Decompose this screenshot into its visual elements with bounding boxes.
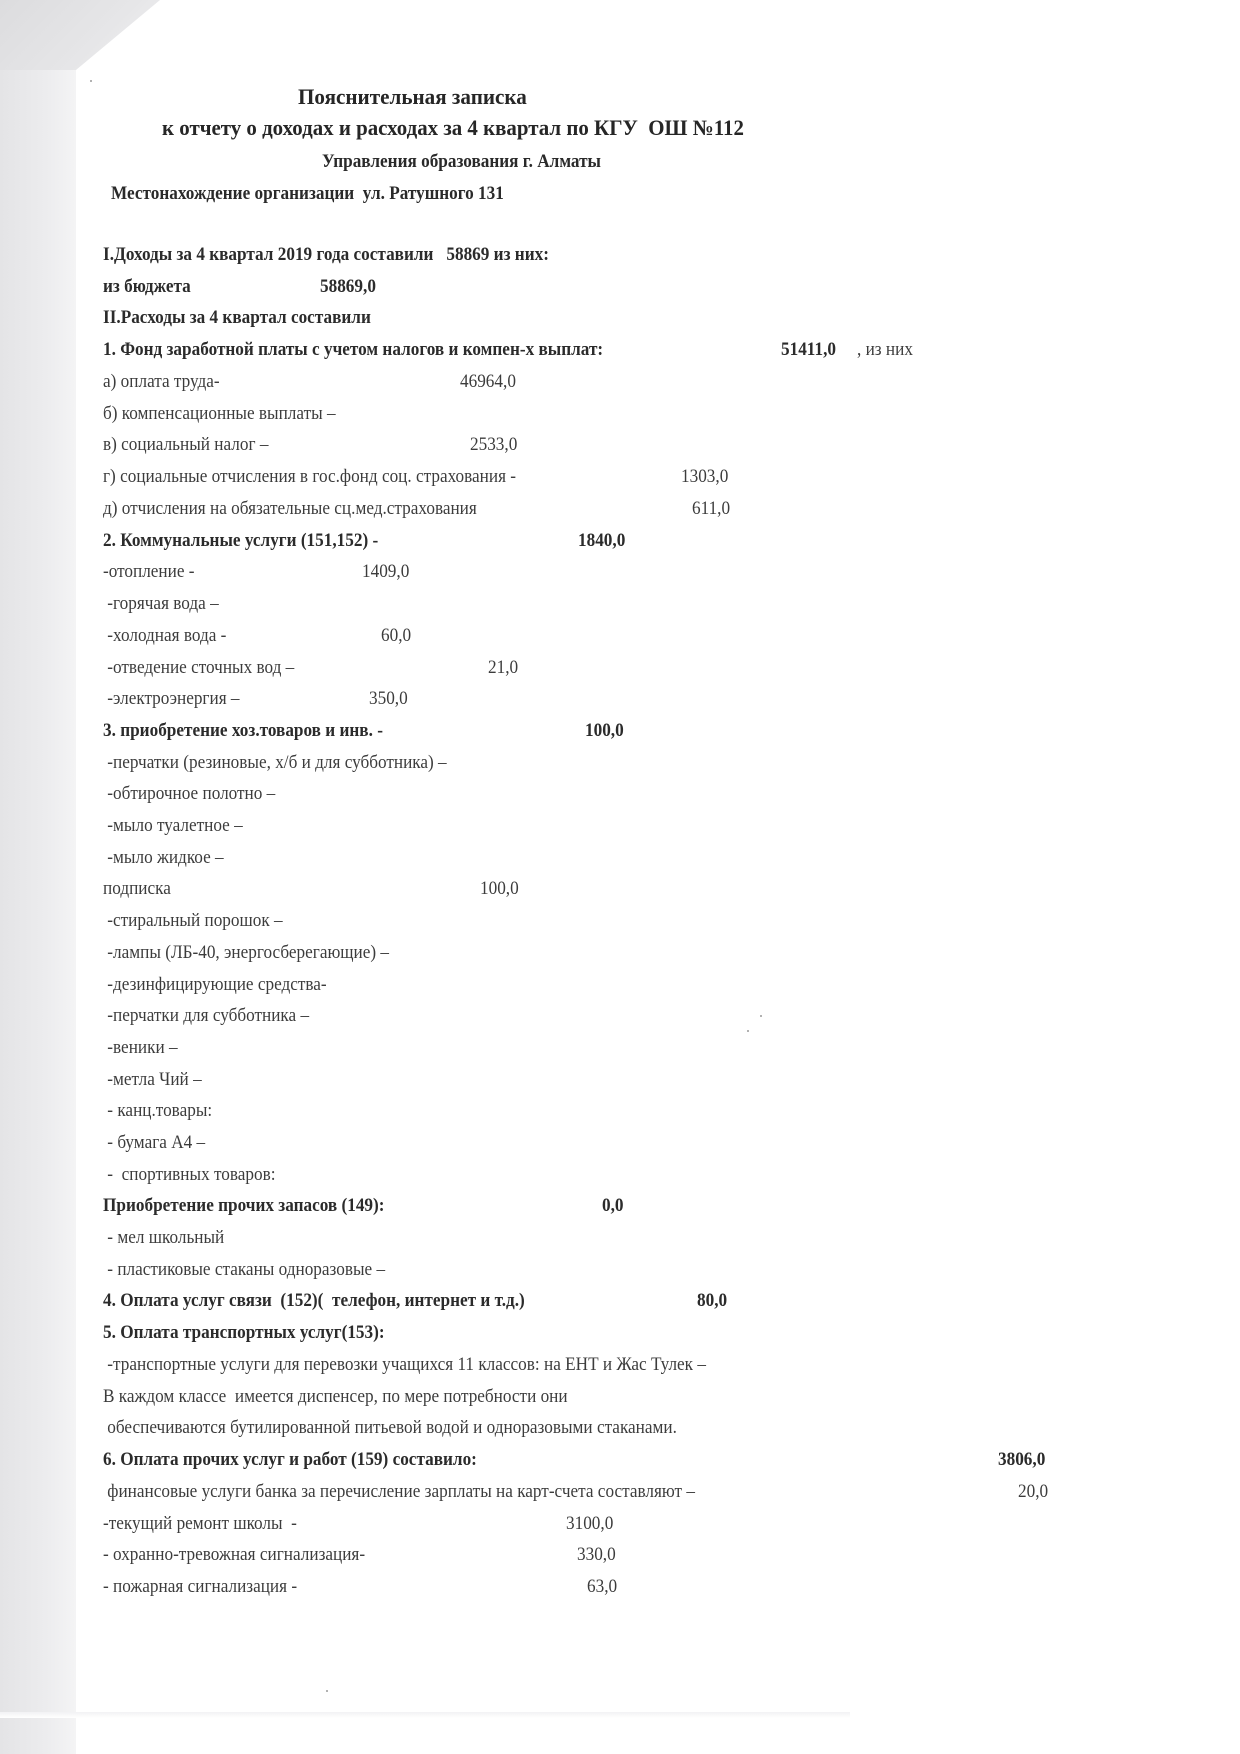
- other-services-item-label: -текущий ремонт школы -: [103, 1513, 297, 1535]
- document-subtitle: к отчету о доходах и расходах за 4 кварт…: [162, 117, 744, 139]
- income-budget-label: из бюджета: [103, 276, 191, 298]
- payroll-item-value: 1303,0: [681, 466, 728, 488]
- transport-label: 5. Оплата транспортных услуг(153):: [103, 1322, 385, 1344]
- payroll-item-label: б) компенсационные выплаты –: [103, 403, 336, 425]
- scan-speck: [747, 1030, 749, 1032]
- supplies-value: 100,0: [585, 720, 624, 742]
- utilities-item-value: 60,0: [381, 625, 411, 647]
- payroll-item-value: 2533,0: [470, 434, 517, 456]
- supplies-item-label: подписка: [103, 878, 171, 900]
- supplies-item-label: -обтирочное полотно –: [103, 783, 275, 805]
- payroll-label: 1. Фонд заработной платы с учетом налого…: [103, 339, 603, 361]
- other-services-item-label: - пожарная сигнализация -: [103, 1576, 297, 1598]
- supplies-item-label: -мыло туалетное –: [103, 815, 243, 837]
- supplies-item-label: -стиральный порошок –: [103, 910, 283, 932]
- other-services-label: 6. Оплата прочих услуг и работ (159) сос…: [103, 1449, 477, 1471]
- payroll-item-value: 611,0: [692, 498, 730, 520]
- expenses-heading: II.Расходы за 4 квартал составили: [103, 307, 371, 329]
- supplies-item-label: - спортивных товаров:: [103, 1164, 276, 1186]
- utilities-label: 2. Коммунальные услуги (151,152) -: [103, 530, 378, 552]
- other-stock-item-label: - мел школьный: [103, 1227, 224, 1249]
- supplies-item-label: -перчатки для субботника –: [103, 1005, 309, 1027]
- document-title: Пояснительная записка: [298, 86, 527, 108]
- transport-line: В каждом классе имеется диспенсер, по ме…: [103, 1386, 568, 1408]
- document-page: Пояснительная записка к отчету о доходах…: [0, 0, 1240, 1754]
- other-services-item-value: 3100,0: [566, 1513, 613, 1535]
- scan-speck: [90, 80, 92, 82]
- other-services-item-value: 20,0: [1018, 1481, 1048, 1503]
- supplies-item-label: -дезинфицирующие средства-: [103, 974, 327, 996]
- scan-speck: [760, 1015, 762, 1017]
- payroll-item-label: г) социальные отчисления в гос.фонд соц.…: [103, 466, 516, 488]
- supplies-item-label: - канц.товары:: [103, 1100, 212, 1122]
- income-budget-value: 58869,0: [320, 276, 376, 298]
- scan-speck: [326, 1690, 328, 1692]
- payroll-value: 51411,0: [781, 339, 836, 361]
- other-services-item-label: - охранно-тревожная сигнализация-: [103, 1544, 365, 1566]
- payroll-suffix: , из них: [857, 339, 913, 361]
- organization-location: Местонахождение организации ул. Ратушног…: [111, 183, 504, 205]
- supplies-item-label: -лампы (ЛБ-40, энергосберегающие) –: [103, 942, 389, 964]
- utilities-item-value: 1409,0: [362, 561, 409, 583]
- payroll-item-label: в) социальный налог –: [103, 434, 268, 456]
- other-services-item-value: 330,0: [577, 1544, 616, 1566]
- utilities-item-label: -горячая вода –: [103, 593, 219, 615]
- communications-value: 80,0: [697, 1290, 727, 1312]
- utilities-item-label: -электроэнергия –: [103, 688, 240, 710]
- other-stock-value: 0,0: [602, 1195, 624, 1217]
- payroll-item-label: а) оплата труда-: [103, 371, 220, 393]
- supplies-item-label: -мыло жидкое –: [103, 847, 224, 869]
- supplies-item-label: - бумага А4 –: [103, 1132, 205, 1154]
- communications-label: 4. Оплата услуг связи (152)( телефон, ин…: [103, 1290, 525, 1312]
- other-stock-item-label: - пластиковые стаканы одноразовые –: [103, 1259, 385, 1281]
- other-services-item-label: финансовые услуги банка за перечисление …: [103, 1481, 695, 1503]
- other-stock-label: Приобретение прочих запасов (149):: [103, 1195, 384, 1217]
- payroll-item-value: 46964,0: [460, 371, 516, 393]
- transport-line: -транспортные услуги для перевозки учащи…: [103, 1354, 706, 1376]
- supplies-item-label: -перчатки (резиновые, х/б и для субботни…: [103, 752, 447, 774]
- transport-line: обеспечиваются бутилированной питьевой в…: [103, 1417, 677, 1439]
- other-services-item-value: 63,0: [587, 1576, 617, 1598]
- supplies-item-label: -метла Чий –: [103, 1069, 202, 1091]
- utilities-item-label: -холодная вода -: [103, 625, 226, 647]
- supplies-label: 3. приобретение хоз.товаров и инв. -: [103, 720, 383, 742]
- supplies-item-value: 100,0: [480, 878, 519, 900]
- income-heading: I.Доходы за 4 квартал 2019 года составил…: [103, 244, 549, 266]
- utilities-item-label: -отопление -: [103, 561, 195, 583]
- utilities-item-value: 21,0: [488, 657, 518, 679]
- utilities-item-value: 350,0: [369, 688, 408, 710]
- department-name: Управления образования г. Алматы: [322, 151, 601, 173]
- utilities-value: 1840,0: [578, 530, 625, 552]
- payroll-item-label: д) отчисления на обязательные сц.мед.стр…: [103, 498, 477, 520]
- utilities-item-label: -отведение сточных вод –: [103, 657, 294, 679]
- other-services-value: 3806,0: [998, 1449, 1045, 1471]
- supplies-item-label: -веники –: [103, 1037, 178, 1059]
